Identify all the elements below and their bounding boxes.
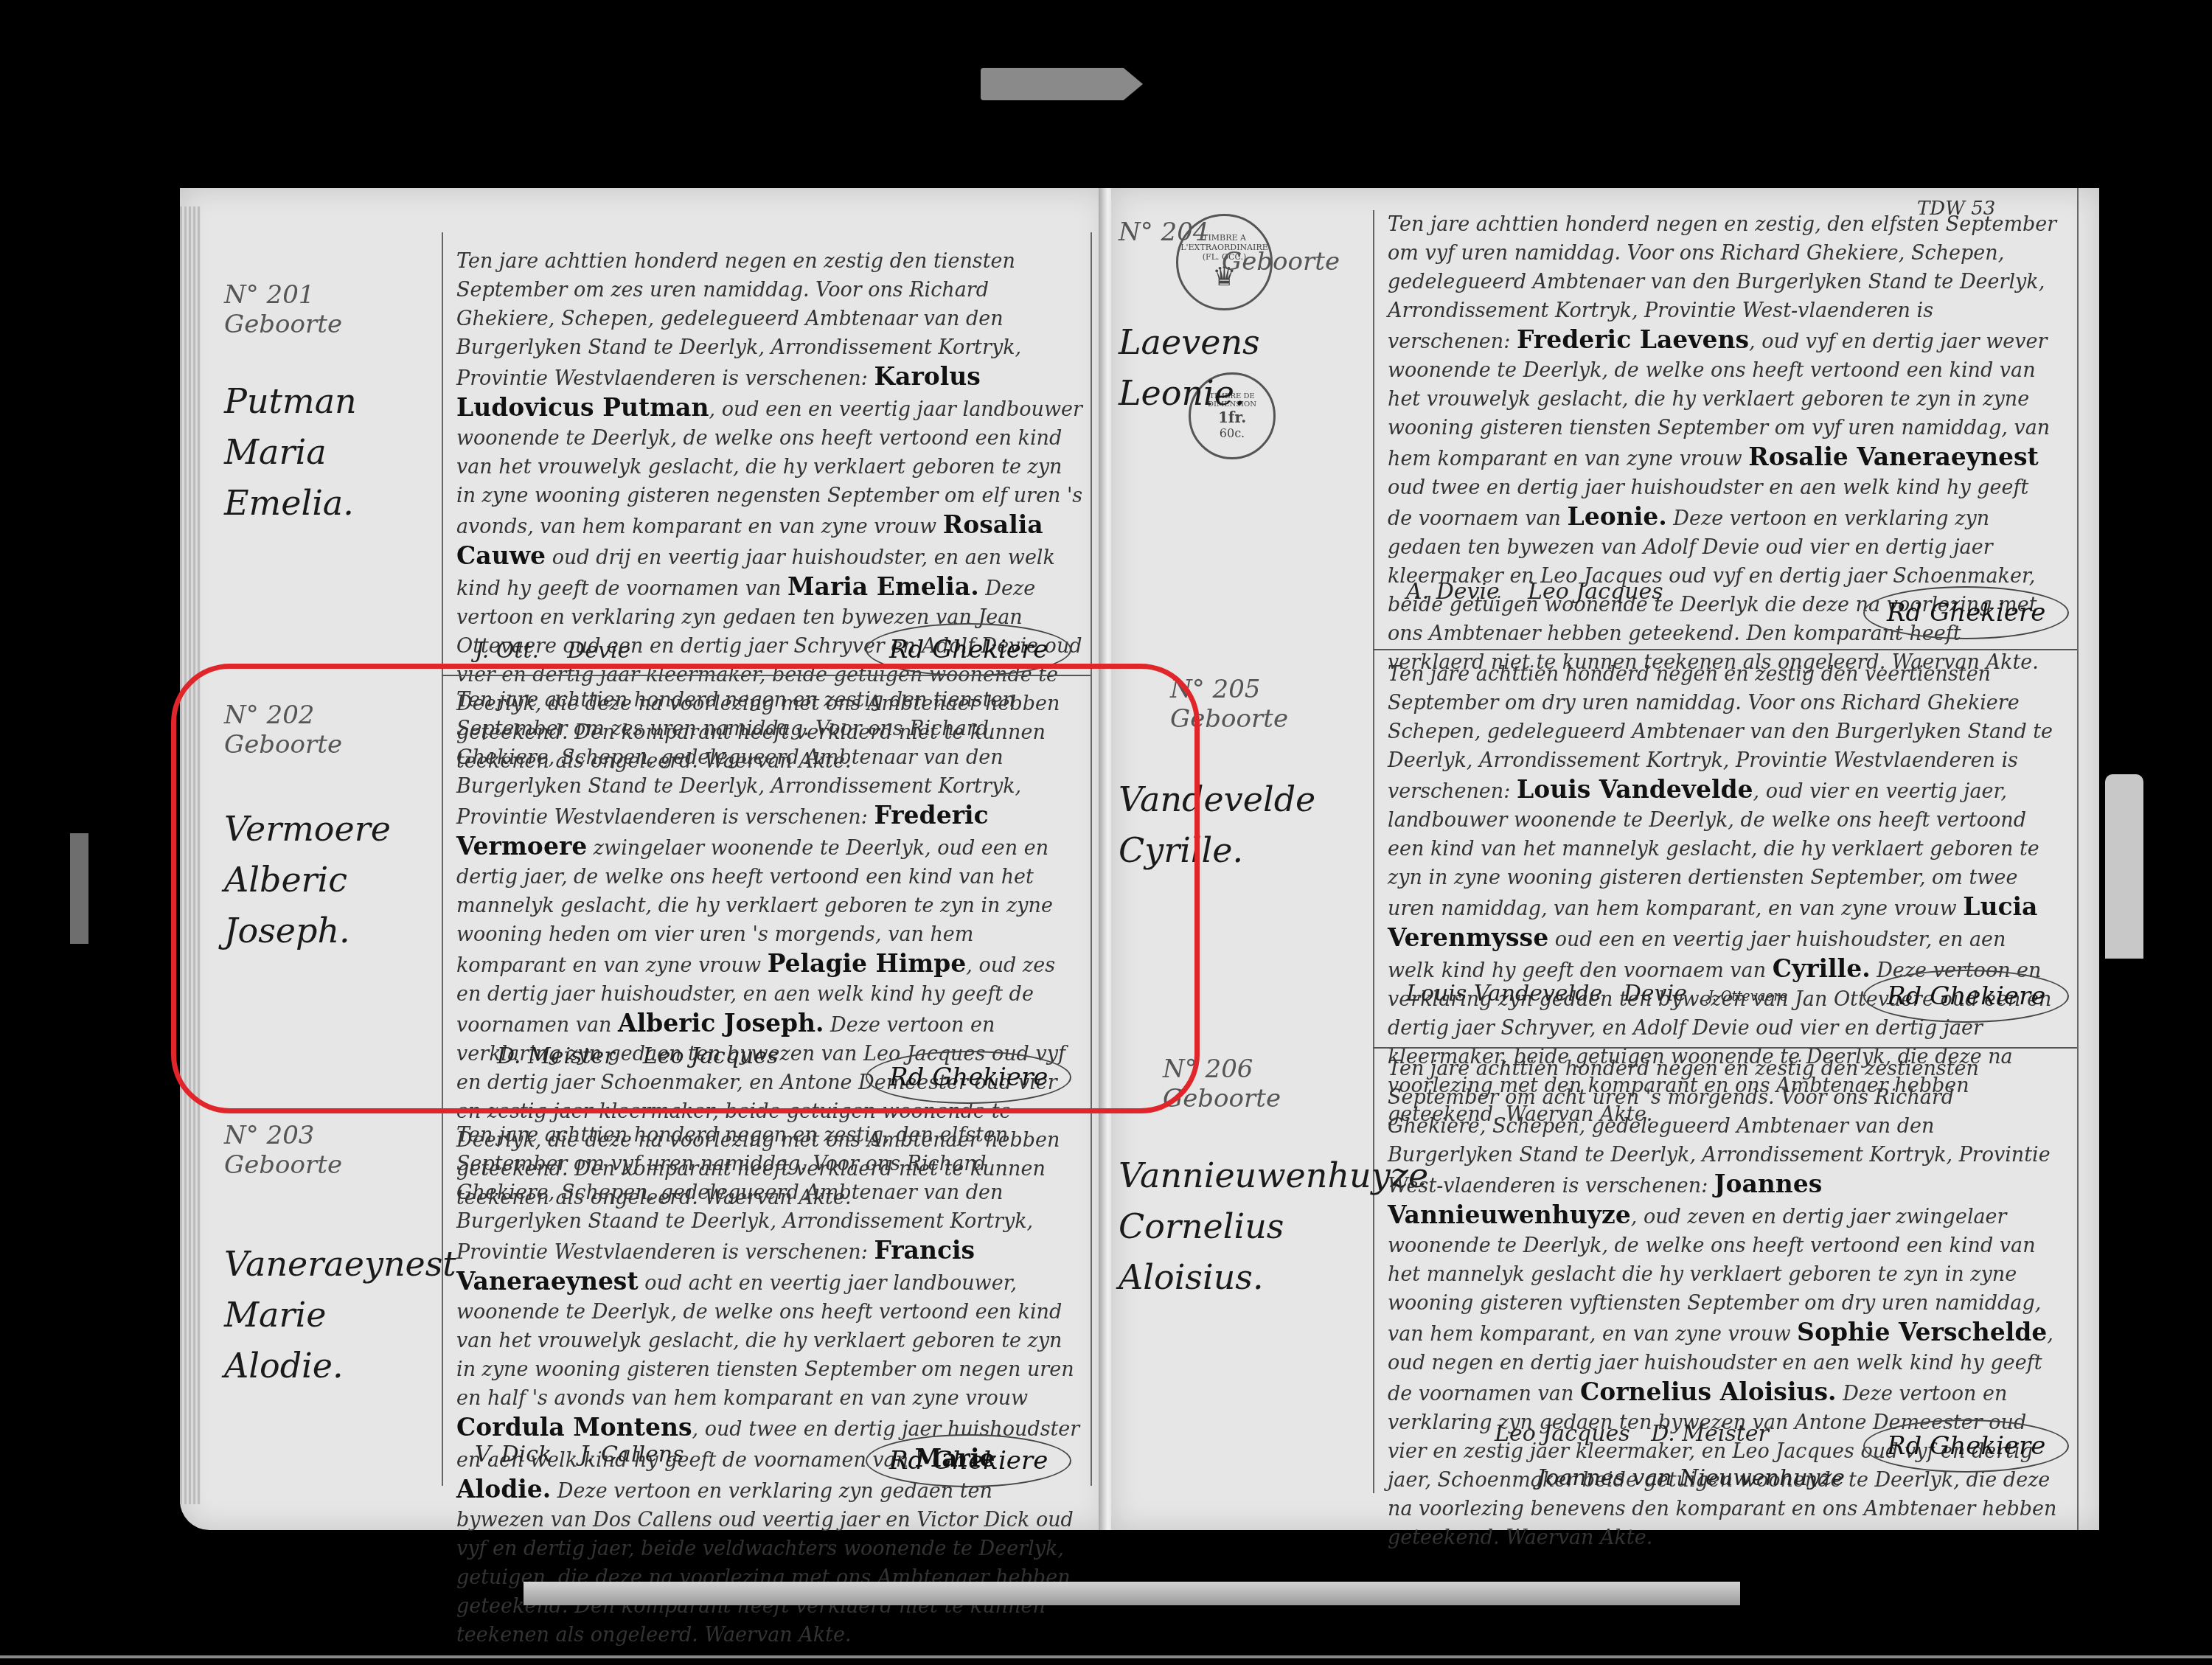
entry-206-signatures: Leo Jacques D. Meister Joannes van Nieuw… bbox=[1495, 1412, 1845, 1501]
entry-203-act: Ten jare achttien honderd negen en zesti… bbox=[456, 1121, 1083, 1650]
entry-number: N° 205 Geboorte bbox=[1119, 675, 1369, 734]
entry-203-signatures: V. Dick J. Callens bbox=[475, 1442, 684, 1467]
given-name: Cyrille. bbox=[1773, 954, 1871, 983]
entry-name: Putman Maria Emelia. bbox=[224, 376, 438, 529]
entry-201-margin: N° 201 Geboorte Putman Maria Emelia. bbox=[224, 280, 438, 529]
entry-number: N° 204 Geboorte bbox=[1119, 218, 1369, 277]
entry-204-margin: N° 204 Geboorte Laevens Leonie. bbox=[1119, 218, 1369, 419]
page-edges bbox=[180, 206, 201, 1504]
entry-202-signatures: D. Meister Leo Jacques bbox=[497, 1043, 779, 1069]
book-bottom-edge bbox=[524, 1582, 1740, 1605]
mother-name: Cordula Montens bbox=[456, 1413, 692, 1442]
official-signature: Rd Ghekiere bbox=[866, 1434, 1071, 1487]
entry-divider bbox=[442, 675, 1091, 676]
left-page: N° 201 Geboorte Putman Maria Emelia. Ten… bbox=[180, 188, 1107, 1530]
entry-205-signatures: Louis Vandevelde Devie J. Ottevaere bbox=[1406, 981, 1787, 1007]
book-tab-left bbox=[70, 833, 88, 944]
mother-name: Rosalie Vaneraeynest bbox=[1748, 442, 2039, 471]
margin-rule bbox=[442, 232, 443, 1486]
official-signature: Rd Ghekiere bbox=[1863, 1419, 2069, 1473]
entry-202-margin: N° 202 Geboorte Vermoere Alberic Joseph. bbox=[224, 701, 438, 956]
folio-number: TDW 53 bbox=[1917, 198, 1995, 220]
mother-name: Sophie Verschelde bbox=[1797, 1318, 2047, 1346]
entry-name: Laevens Leonie. bbox=[1119, 317, 1369, 419]
book-tab-top bbox=[981, 68, 1143, 100]
given-name: Cornelius Aloisius. bbox=[1580, 1377, 1837, 1406]
entry-divider bbox=[442, 1110, 1091, 1111]
entry-name: Vermoere Alberic Joseph. bbox=[224, 804, 438, 956]
father-name: Frederic Laevens bbox=[1517, 325, 1749, 354]
entry-204-signatures: A. Devie Leo Jacques bbox=[1406, 579, 1663, 605]
scanner-edge-line bbox=[0, 1655, 2212, 1658]
entry-name: Vaneraeynest Marie Alodie. bbox=[224, 1239, 438, 1391]
entry-205-margin: N° 205 Geboorte Vandevelde Cyrille. bbox=[1119, 675, 1369, 876]
entry-number: N° 206 Geboorte bbox=[1119, 1054, 1369, 1113]
entry-201-signatures: J. Ott. Devie bbox=[475, 638, 630, 664]
entry-206-margin: N° 206 Geboorte Vannieuwenhuyze Corneliu… bbox=[1119, 1054, 1369, 1303]
official-signature: Rd Ghekiere bbox=[1863, 970, 2069, 1023]
entry-number: N° 202 Geboorte bbox=[224, 701, 438, 759]
right-rule bbox=[1091, 232, 1092, 1486]
entry-number: N° 201 Geboorte bbox=[224, 280, 438, 339]
given-name: Maria Emelia. bbox=[787, 572, 979, 601]
father-name: Louis Vandevelde bbox=[1517, 775, 1753, 804]
margin-rule bbox=[1373, 210, 1374, 1493]
entry-203-margin: N° 203 Geboorte Vaneraeynest Marie Alodi… bbox=[224, 1121, 438, 1391]
official-signature: Rd Ghekiere bbox=[1863, 586, 2069, 639]
right-page: TIMBRE A L'EXTRAORDINAIRE (FL. OCC.) ♛ T… bbox=[1111, 188, 2099, 1530]
official-signature: Rd Ghekiere bbox=[866, 623, 1071, 676]
official-signature: Rd Ghekiere bbox=[866, 1051, 1071, 1104]
entry-divider bbox=[1373, 649, 2077, 650]
mother-name: Pelagie Himpe bbox=[768, 949, 967, 978]
given-name: Leonie. bbox=[1568, 502, 1667, 531]
entry-name: Vandevelde Cyrille. bbox=[1119, 774, 1369, 876]
right-rule bbox=[2077, 188, 2079, 1530]
entry-divider bbox=[1373, 1047, 2077, 1049]
entry-number: N° 203 Geboorte bbox=[224, 1121, 438, 1180]
given-name: Alberic Joseph. bbox=[618, 1009, 824, 1037]
entry-name: Vannieuwenhuyze Cornelius Aloisius. bbox=[1119, 1150, 1369, 1303]
register-book: N° 201 Geboorte Putman Maria Emelia. Ten… bbox=[164, 188, 2118, 1530]
